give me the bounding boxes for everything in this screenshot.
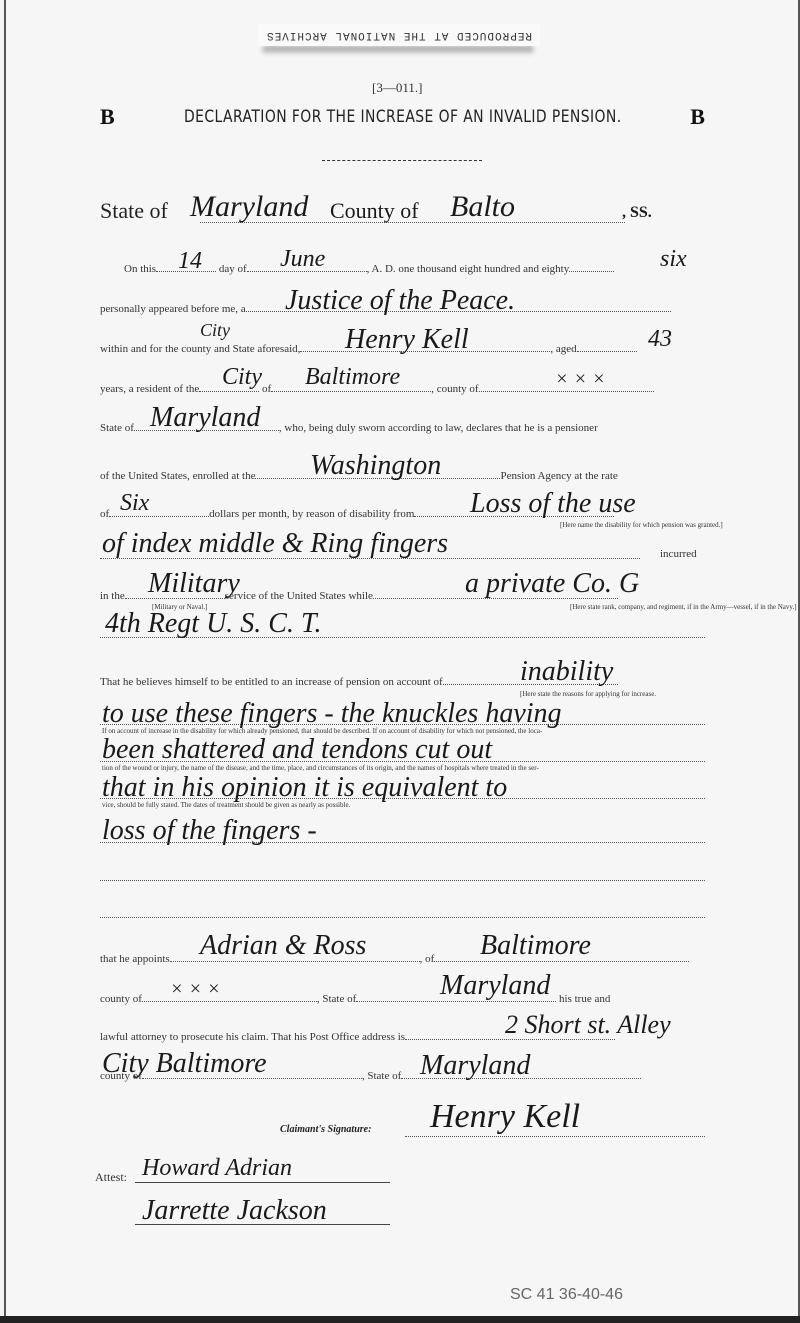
hw-po-state: Maryland	[420, 1050, 530, 1082]
hw-witness-2: Jarrette Jackson	[142, 1195, 327, 1227]
hw-officer: Justice of the Peace.	[285, 285, 515, 317]
hw-reason-3: been shattered and tendons cut out	[102, 734, 492, 766]
hw-reason-5: loss of the fingers -	[102, 815, 317, 847]
hw-day: 14	[178, 248, 202, 275]
label: lawful attorney to prosecute his claim. …	[100, 1031, 405, 1043]
label: State of	[100, 422, 134, 434]
ornament-divider	[322, 160, 482, 163]
hw-po-county: City Baltimore	[102, 1048, 267, 1080]
label: years, a resident of the	[100, 383, 199, 395]
hw-signature: Henry Kell	[430, 1098, 580, 1136]
label: of	[262, 383, 271, 395]
hw-reason-1: inability	[520, 656, 613, 688]
hw-rate: Six	[120, 490, 149, 517]
label: , county of	[431, 383, 478, 395]
label: , of	[420, 953, 435, 965]
form-number: [3—011.]	[372, 80, 422, 96]
label: That he believes himself to be entitled …	[100, 676, 443, 688]
date-line: On this day of, A. D. one thousand eight…	[124, 263, 729, 275]
hw-rank: a private Co. G	[465, 568, 639, 600]
label: county of	[100, 993, 142, 1005]
label: Pension Agency at the rate	[500, 470, 617, 482]
attest-rule-1	[135, 1182, 390, 1183]
hw-disability-2: of index middle & Ring fingers	[102, 528, 448, 560]
hw-resident-county: × × ×	[555, 368, 606, 391]
hw-attorney-city: Baltimore	[480, 930, 591, 962]
label: in the	[100, 590, 125, 602]
label: of	[100, 508, 109, 520]
hw-witness-1: Howard Adrian	[142, 1155, 292, 1182]
note-rank: [Here state rank, company, and regiment,…	[570, 603, 797, 611]
hw-resident-place: Baltimore	[305, 364, 400, 391]
label: , A. D. one thousand eight hundred and e…	[367, 263, 570, 275]
note-increase-2: tion of the wound or injury, the name of…	[102, 764, 539, 772]
hw-month: June	[280, 246, 325, 273]
label: of the United States, enrolled at the	[100, 470, 255, 482]
hw-attorney-state: Maryland	[440, 970, 550, 1002]
note-reasons: [Here state the reasons for applying for…	[520, 690, 656, 698]
label: On this	[124, 263, 156, 275]
label: , State of	[362, 1070, 401, 1082]
rule	[100, 880, 705, 881]
label: personally appeared before me, a	[100, 303, 246, 315]
hw-claimant: Henry Kell	[345, 324, 469, 356]
hw-county: Balto	[450, 190, 515, 224]
label: service of the United States while	[225, 590, 373, 602]
ss-label: , SS.	[622, 204, 652, 222]
hw-attorney: Adrian & Ross	[200, 930, 366, 962]
hw-age: 43	[648, 326, 672, 353]
hw-regiment: 4th Regt U. S. C. T.	[105, 608, 321, 640]
attest-label: Attest:	[95, 1170, 127, 1185]
rule	[100, 917, 705, 918]
hw-state: Maryland	[190, 190, 308, 224]
label: , State of	[317, 993, 356, 1005]
hw-reason-2: to use these fingers - the knuckles havi…	[102, 698, 562, 730]
hw-year: six	[660, 246, 687, 273]
catalog-number: SC 41 36-40-46	[510, 1286, 623, 1304]
archives-stamp: REPRODUCED AT THE NATIONAL ARCHIVES	[258, 24, 540, 46]
claimant-signature-label: Claimant's Signature:	[280, 1124, 371, 1135]
b-mark-right: B	[690, 104, 705, 130]
label: , aged	[550, 343, 576, 355]
note-increase-3: vice, should be fully stated. The dates …	[102, 801, 350, 809]
b-mark-left: B	[100, 104, 115, 130]
label: , who, being duly sworn according to law…	[279, 422, 598, 434]
label: State of	[100, 198, 168, 223]
resident-line: years, a resident of the of, county of	[100, 383, 705, 395]
hw-service: Military	[148, 568, 240, 600]
label: that he appoints	[100, 953, 170, 965]
document-title: DECLARATION FOR THE INCREASE OF AN INVAL…	[184, 107, 622, 127]
stamp-shadow	[262, 46, 534, 54]
label: his true and	[559, 993, 610, 1005]
hw-agency: Washington	[310, 450, 441, 482]
signature-rule	[405, 1136, 705, 1137]
hw-disability-1: Loss of the use	[470, 488, 636, 520]
hw-po-address: 2 Short st. Alley	[505, 1010, 671, 1040]
label: dollars per month, by reason of disabili…	[209, 508, 414, 520]
incurred-label: incurred	[660, 548, 697, 560]
appoints-line: that he appoints, of	[100, 953, 705, 965]
label: within and for the county and State afor…	[100, 343, 300, 355]
hw-resident-type: City	[222, 364, 262, 391]
county-label: County of	[330, 198, 419, 224]
title-row: B DECLARATION FOR THE INCREASE OF AN INV…	[100, 104, 705, 130]
hw-attorney-county: × × ×	[170, 978, 221, 1001]
hw-city: City	[200, 320, 230, 341]
scan-border	[0, 1316, 800, 1323]
state-line: State of	[100, 198, 168, 224]
note-disability: [Here name the disability for which pens…	[560, 521, 723, 529]
believes-line: That he believes himself to be entitled …	[100, 676, 705, 688]
hw-resident-state: Maryland	[150, 402, 260, 434]
label: day of	[219, 263, 247, 275]
hw-reason-4: that in his opinion it is equivalent to	[102, 772, 507, 804]
